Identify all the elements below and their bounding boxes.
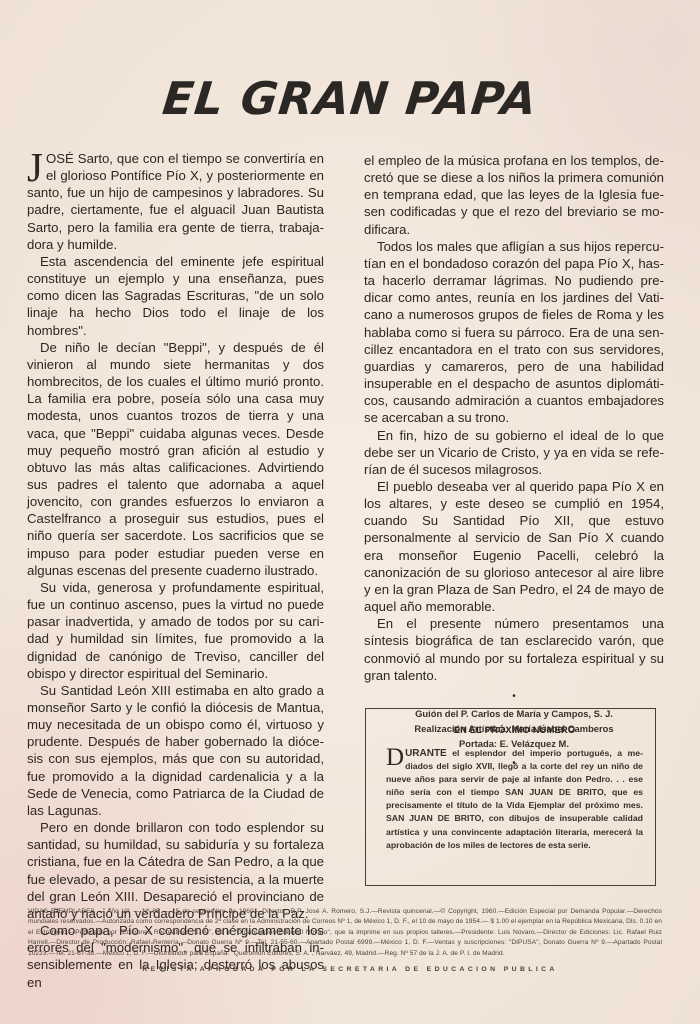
drop-cap: J: [27, 151, 43, 183]
page-title: EL GRAN PAPA: [0, 72, 700, 125]
magazine-page: EL GRAN PAPA JOSÉ Sarto, que con el tiem…: [0, 0, 700, 1024]
article-paragraph: Su vida, generosa y profundamente espiri…: [27, 579, 324, 682]
article-paragraph: Su Santidad León XIII estimaba en alto g…: [27, 682, 324, 819]
article-paragraph: Todos los males que afligían a sus hijos…: [364, 238, 664, 427]
next-issue-box: EN EL PRÓXIMO NÚMERO DURANTE el esplendo…: [365, 708, 656, 886]
article-paragraph: En el presente número presentamos una sí…: [364, 615, 664, 684]
bullet-ornament-top: •: [364, 690, 664, 704]
article-left-column: JOSÉ Sarto, que con el tiempo se convert…: [27, 150, 324, 991]
next-issue-drop-cap: D: [386, 749, 404, 767]
next-issue-lead-word: URANTE: [405, 748, 447, 759]
article-paragraph: El pueblo deseaba ver al querido papa Pí…: [364, 478, 664, 615]
approval-notice: REVISTA APROBADA POR LA SECRETARIA DE ED…: [0, 966, 700, 973]
next-issue-heading: EN EL PRÓXIMO NÚMERO: [386, 725, 643, 735]
first-word-caps: OSÉ: [46, 151, 74, 166]
article-paragraph: En fin, hizo de su gobierno el ideal de …: [364, 427, 664, 478]
imprint-text: VIDAS EJEMPLARES — Año VII — Nº 85 — 15 …: [28, 907, 662, 959]
article-paragraph: De niño le decían "Beppi", y después de …: [27, 339, 324, 579]
article-paragraph: el empleo de la música profana en los te…: [364, 152, 664, 238]
next-issue-text: DURANTE el esplendor del imperio portugu…: [386, 747, 643, 852]
article-paragraph: JOSÉ Sarto, que con el tiempo se convert…: [27, 150, 324, 253]
article-paragraph: Esta ascendencia del eminente jefe espir…: [27, 253, 324, 339]
article-right-column: el empleo de la música profana en los te…: [364, 152, 664, 773]
